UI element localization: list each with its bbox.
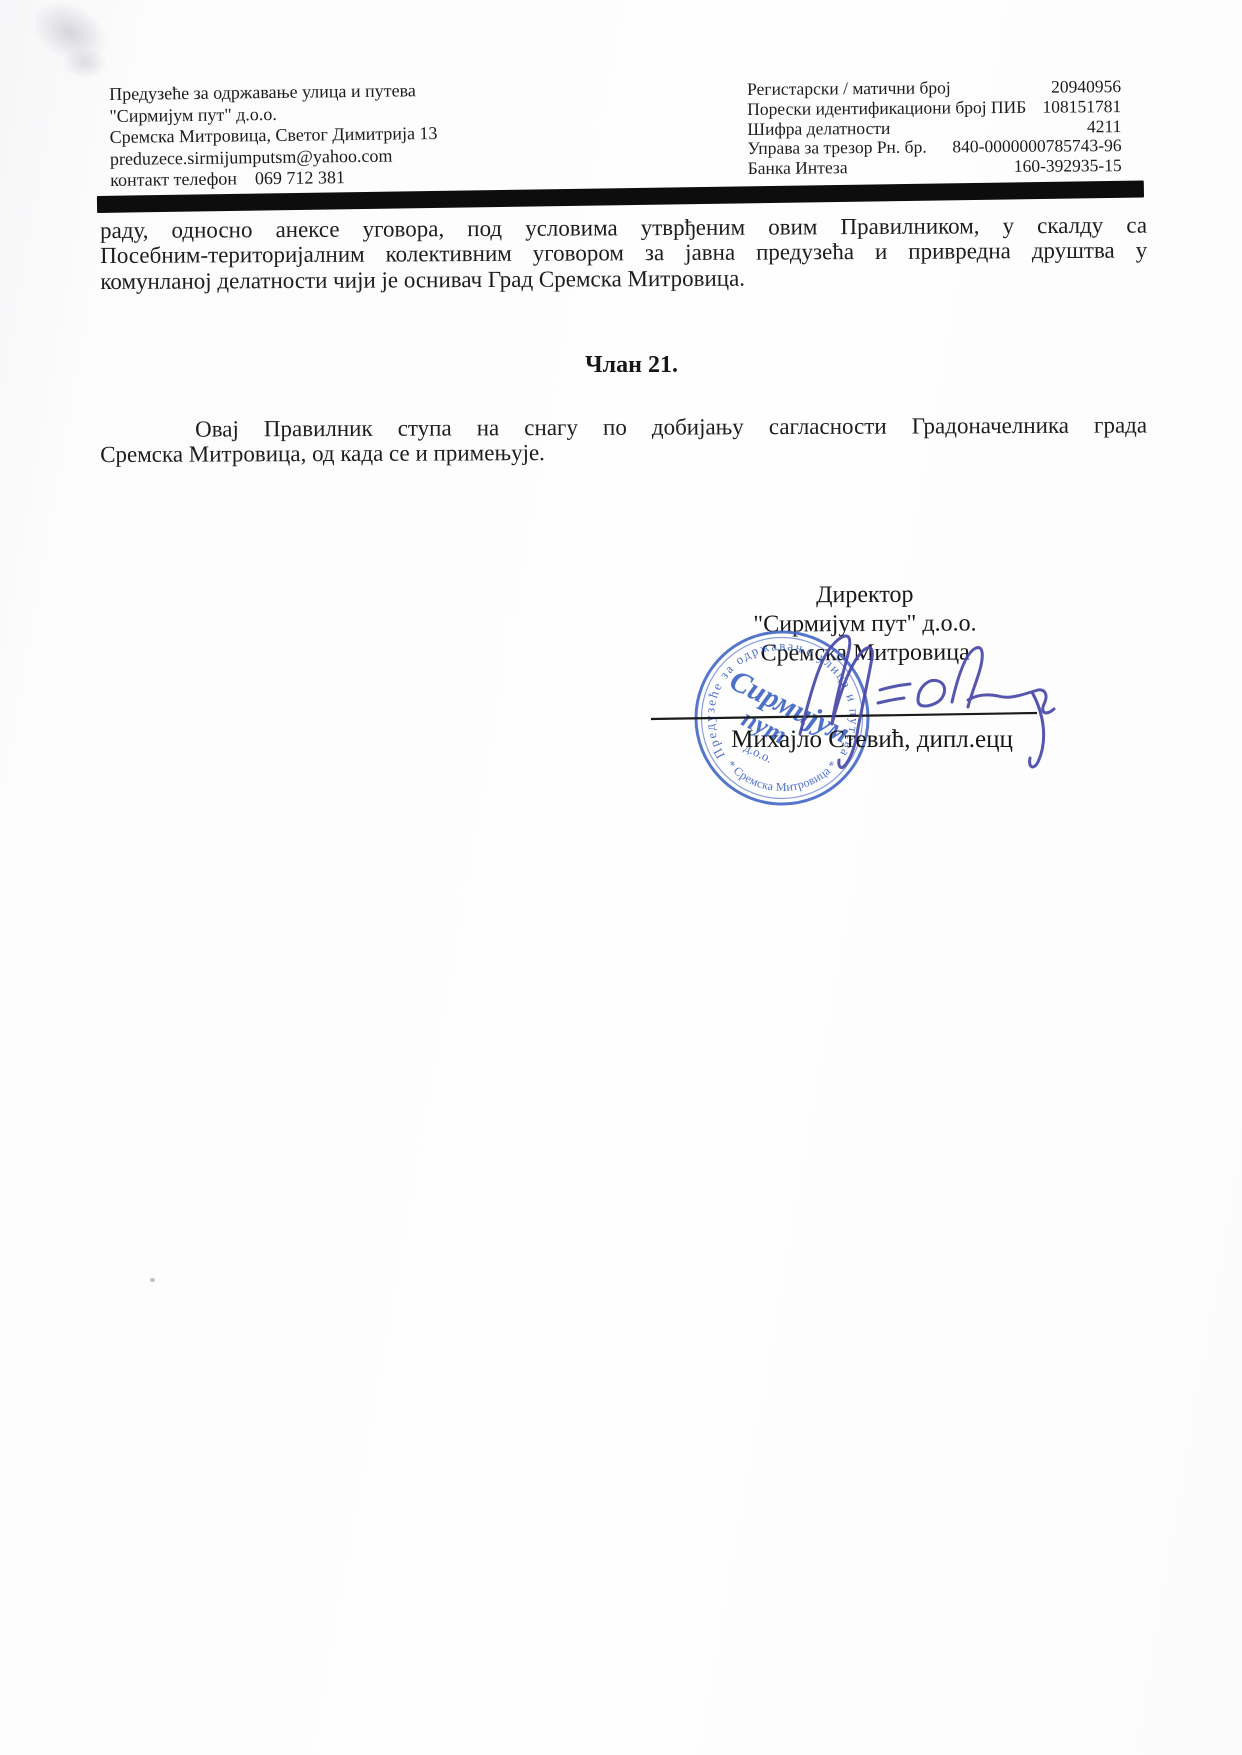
article-paragraph: Овај Правилник ступа на снагу по добијањ… [100,412,1147,467]
scanned-document-page: Предузеће за одржавање улица и путева "С… [0,0,1242,1755]
company-letterhead: Предузеће за одржавање улица и путева "С… [109,80,438,191]
company-phone-line: контакт телефон069 712 381 [110,166,438,192]
paragraph-line: комунланој делатности чији је оснивач Гр… [100,263,1147,294]
registry-row: Банка Интеза 160-392935-15 [748,156,1122,179]
registry-value: 4211 [1087,117,1122,137]
registry-row: Порески идентификациони број ПИБ 1081517… [747,97,1121,120]
registry-value: 20940956 [1051,77,1121,97]
company-name-line: Предузеће за одржавање улица и путева [109,80,437,106]
pencil-smudge [22,0,118,76]
registry-value: 840-0000000785743-96 [952,136,1121,157]
registry-value: 108151781 [1042,97,1121,117]
scan-speck [150,1278,155,1282]
paragraph-line: Сремска Митровица, од када се и примењуј… [100,438,1147,468]
registry-value: 160-392935-15 [1014,156,1122,177]
paragraph-line: Овај Правилник ступа на снагу по добијањ… [100,412,1147,442]
registry-info: Регистарски / матични број 20940956 Поре… [747,77,1122,179]
paragraph-continuation: раду, односно анексе уговора, под услови… [100,213,1147,294]
registry-label: Банка Интеза [748,158,848,179]
pencil-smudge [62,48,108,78]
signer-name: Михајло Стевић, дипл.ецц [702,726,1042,754]
registry-label: Шифра делатности [747,118,890,139]
handwritten-signature [600,566,1070,796]
registry-label: Регистарски / матични број [747,78,951,99]
signature-line [651,713,1037,719]
registry-label: Порески идентификациони број ПИБ [747,98,1026,120]
phone-value: 069 712 381 [255,167,345,188]
article-heading: Члан 21. [100,352,1147,379]
phone-label: контакт телефон [110,168,237,190]
company-email-line: preduzece.sirmijumputsm@yahoo.com [110,144,438,170]
registry-label: Управа за трезор Рн. бр. [747,138,926,159]
